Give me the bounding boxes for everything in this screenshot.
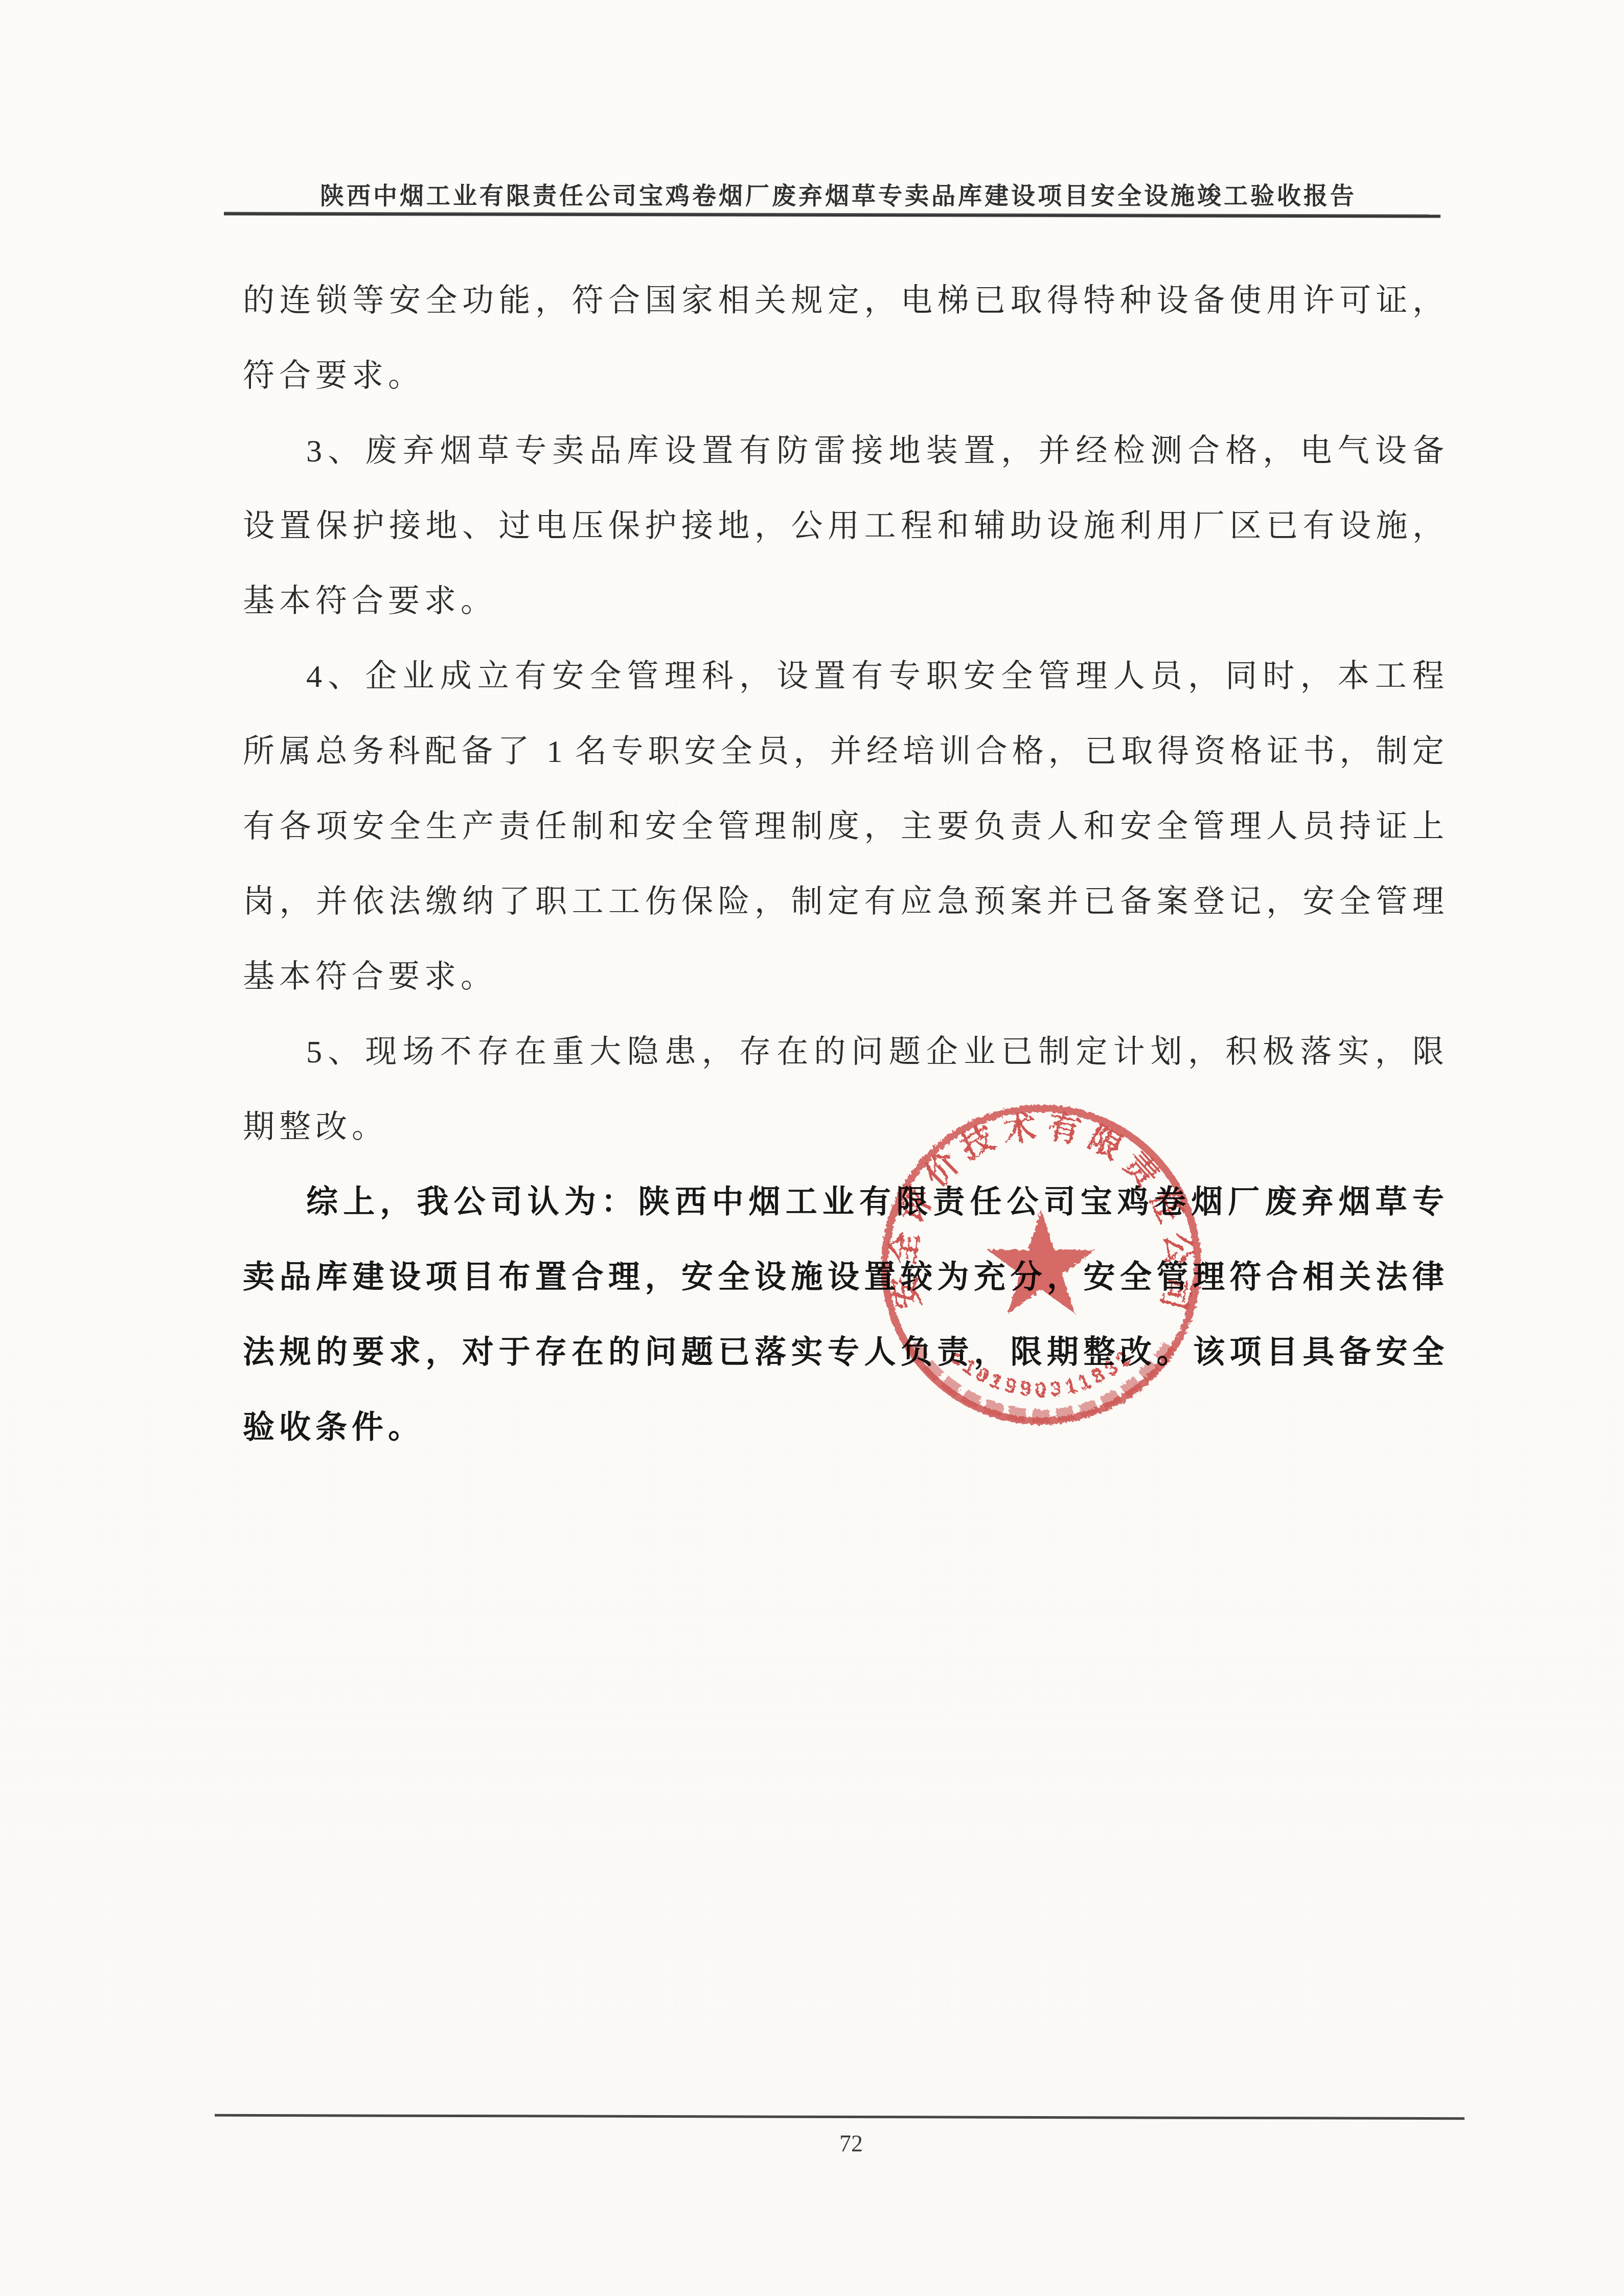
body-line: 3、废弃烟草专卖品库设置有防雷接地装置，并经检测合格，电气设备: [243, 434, 1444, 469]
body-line: 期整改。: [243, 1110, 1444, 1145]
body-line: 5、现场不存在重大隐患，存在的问题企业已制定计划，积极落实，限: [243, 1035, 1444, 1070]
body-line: 的连锁等安全功能，符合国家相关规定，电梯已取得特种设备使用许可证，: [243, 284, 1444, 319]
body-line: 符合要求。: [243, 359, 1444, 394]
body-line: 卖品库建设项目布置合理，安全设施设置较为充分，安全管理符合相关法律: [243, 1260, 1444, 1295]
body-line: 设置保护接地、过电压保护接地，公用工程和辅助设施利用厂区已有设施，: [243, 509, 1444, 544]
body-line: 验收条件。: [243, 1410, 1444, 1446]
document-page: 陕西中烟工业有限责任公司宝鸡卷烟厂废弃烟草专卖品库建设项目安全设施竣工验收报告 …: [0, 0, 1624, 2296]
body-line: 有各项安全生产责任制和安全管理制度，主要负责人和安全管理人员持证上: [243, 809, 1444, 845]
body-line: 基本符合要求。: [243, 960, 1444, 995]
body-line: 基本符合要求。: [243, 584, 1444, 619]
body-text: 的连锁等安全功能，符合国家相关规定，电梯已取得特种设备使用许可证，符合要求。3、…: [0, 0, 1624, 2296]
company-seal-stamp: 安全评价技术有限责任公司 c101990311832: [861, 1086, 1219, 1444]
body-line: 4、企业成立有安全管理科，设置有专职安全管理人员，同时，本工程: [243, 659, 1444, 694]
body-line: 法规的要求，对于存在的问题已落实专人负责，限期整改。该项目具备安全: [243, 1335, 1444, 1371]
body-line: 综上，我公司认为：陕西中烟工业有限责任公司宝鸡卷烟厂废弃烟草专: [243, 1185, 1444, 1220]
body-line: 所属总务科配备了 1 名专职安全员，并经培训合格，已取得资格证书，制定: [243, 734, 1444, 770]
page-number: 72: [800, 2130, 902, 2157]
body-line: 岗，并依法缴纳了职工工伤保险，制定有应急预案并已备案登记，安全管理: [243, 885, 1444, 920]
seal-star-icon: [987, 1210, 1096, 1314]
